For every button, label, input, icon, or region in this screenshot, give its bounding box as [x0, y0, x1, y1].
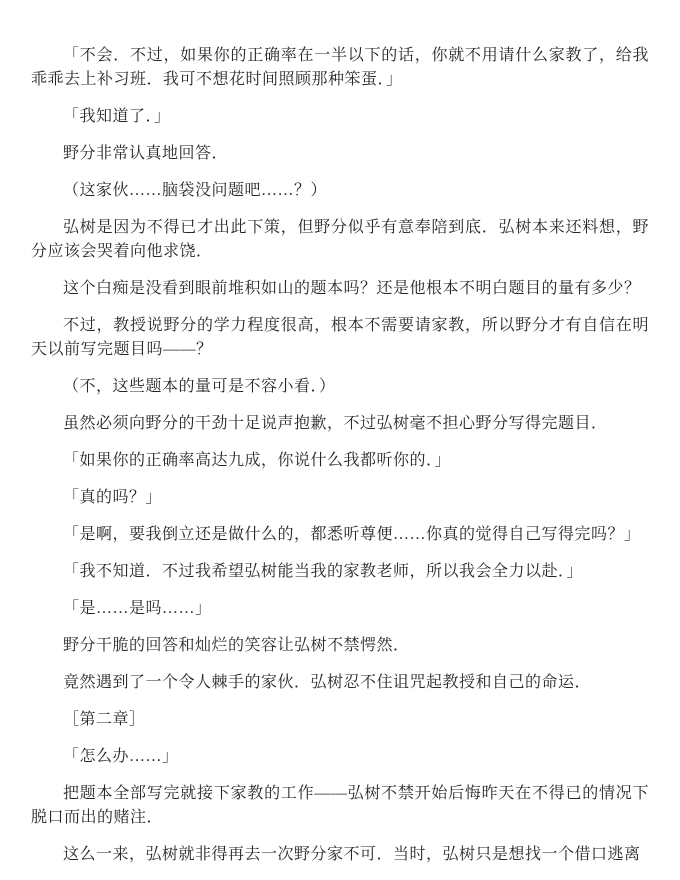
- paragraph: 竟然遇到了一个令人棘手的家伙．弘树忍不住诅咒起教授和自己的命运．: [31, 671, 649, 695]
- paragraph: 「怎么办……」: [31, 745, 649, 769]
- paragraph: 这个白痴是没看到眼前堆积如山的题本吗？还是他根本不明白题目的量有多少？: [31, 277, 649, 301]
- paragraph: （这家伙……脑袋没问题吧……？）: [31, 179, 649, 203]
- paragraph: 虽然必须向野分的干劲十足说声抱歉，不过弘树毫不担心野分写得完题目．: [31, 412, 649, 436]
- paragraph: 「是……是吗……」: [31, 597, 649, 621]
- paragraph: 「不会．不过，如果你的正确率在一半以下的话，你就不用请什么家教了，给我乖乖去上补…: [31, 44, 649, 92]
- paragraph: 「真的吗？」: [31, 486, 649, 510]
- document-page: 「不会．不过，如果你的正确率在一半以下的话，你就不用请什么家教了，给我乖乖去上补…: [0, 0, 680, 880]
- paragraph: 不过，教授说野分的学力程度很高，根本不需要请家教，所以野分才有自信在明天以前写完…: [31, 314, 649, 362]
- paragraph: 弘树是因为不得已才出此下策，但野分似乎有意奉陪到底．弘树本来还料想，野分应该会哭…: [31, 216, 649, 264]
- paragraph: 这么一来，弘树就非得再去一次野分家不可．当时，弘树只是想找一个借口逃离: [31, 843, 649, 867]
- paragraph: 「是啊，要我倒立还是做什么的，都悉听尊便……你真的觉得自己写得完吗？」: [31, 523, 649, 547]
- paragraph: 「我知道了．」: [31, 105, 649, 129]
- paragraph: 把题本全部写完就接下家教的工作——弘树不禁开始后悔昨天在不得已的情况下脱口而出的…: [31, 782, 649, 830]
- chapter-heading: ［第二章］: [31, 708, 649, 732]
- paragraph: 「我不知道．不过我希望弘树能当我的家教老师，所以我会全力以赴．」: [31, 560, 649, 584]
- paragraph: 野分干脆的回答和灿烂的笑容让弘树不禁愕然．: [31, 634, 649, 658]
- paragraph: 「如果你的正确率高达九成，你说什么我都听你的．」: [31, 449, 649, 473]
- paragraph: （不，这些题本的量可是不容小看．）: [31, 375, 649, 399]
- paragraph: 野分非常认真地回答．: [31, 142, 649, 166]
